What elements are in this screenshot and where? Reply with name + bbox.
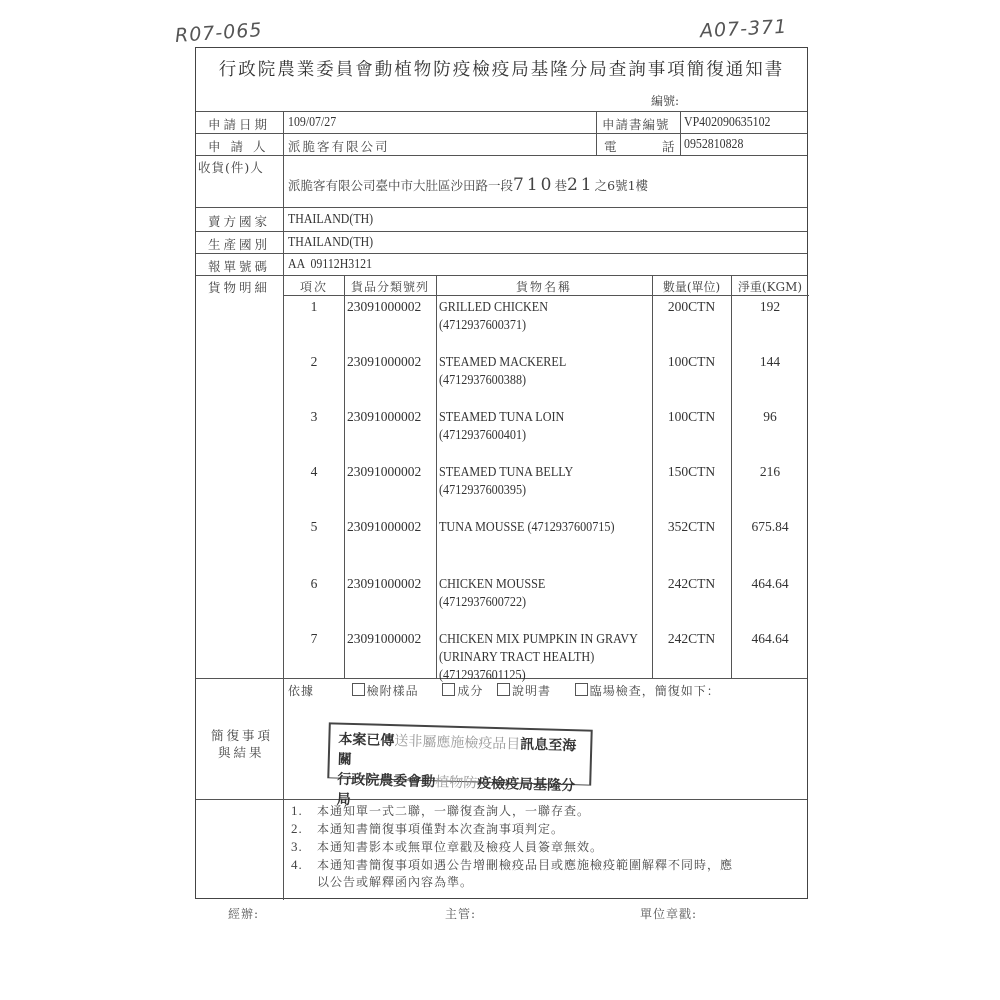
goods-name-line: TUNA MOUSSE (4712937600715) [439, 518, 615, 536]
checkbox-box[interactable] [442, 683, 455, 696]
consignee-value: 派脆客有限公司臺中市大肚區沙田路一段710巷21之6號1樓 [288, 175, 648, 195]
checkbox-ingredients[interactable]: 成分 [442, 684, 483, 698]
cell-quantity: 352CTN [652, 518, 731, 536]
goods-name-line: STEAMED MACKEREL [439, 353, 566, 371]
cell-item-no: 2 [284, 353, 344, 371]
cell-hs-code: 23091000002 [347, 298, 421, 316]
checkbox-box[interactable] [575, 683, 588, 696]
goods-name-line: (URINARY TRACT HEALTH) [439, 648, 638, 666]
cell-net-weight: 96 [731, 408, 809, 426]
phone-label-part2: 話 [662, 137, 678, 155]
goods-name-line: STEAMED TUNA LOIN [439, 408, 564, 426]
document-title: 行政院農業委員會動植物防疫檢疫局基隆分局查詢事項簡復通知書 [196, 56, 807, 81]
cell-hs-code: 23091000002 [347, 518, 421, 536]
applicant-value: 派脆客有限公司 [288, 137, 390, 155]
official-stamp: 本案已傳送非屬應施檢疫品目訊息至海關 行政院農委會動植物防疫檢疫局基隆分局 [327, 722, 592, 785]
notification-form: 行政院農業委員會動植物防疫檢疫局基隆分局查詢事項簡復通知書 編號: 申請日期 1… [195, 47, 808, 899]
application-no-value: VP402090635102 [684, 114, 770, 130]
phone-value: 0952810828 [684, 136, 743, 152]
cell-net-weight: 675.84 [731, 518, 809, 536]
applicant-label: 申 請 人 [208, 137, 268, 155]
seller-country-label: 賣方國家 [208, 212, 270, 230]
cell-goods-name: CHICKEN MIX PUMPKIN IN GRAVY(URINARY TRA… [439, 630, 638, 684]
phone-label-part1: 電 [604, 137, 620, 155]
cell-net-weight: 464.64 [731, 630, 809, 648]
header-item-no: 項次 [284, 278, 344, 295]
handwritten-reference-left: R07-065 [174, 19, 263, 47]
supervisor-signature-label: 主管: [445, 905, 476, 922]
unit-seal-label: 單位章戳: [640, 905, 697, 922]
declaration-no-label: 報單號碼 [208, 257, 270, 275]
handler-signature-label: 經辦: [228, 905, 259, 922]
header-net-weight: 淨重(KGM) [731, 278, 809, 295]
cell-goods-name: GRILLED CHICKEN(4712937600371) [439, 298, 548, 334]
checkbox-on-site-inspection[interactable]: 臨場檢查 [575, 684, 642, 698]
cell-goods-name: CHICKEN MOUSSE(4712937600722) [439, 575, 545, 611]
cell-hs-code: 23091000002 [347, 463, 421, 481]
note-item: 3.本通知書影本或無單位章戳及檢疫人員簽章無效。 [291, 838, 733, 856]
handwritten-reference-right: A07-371 [699, 16, 787, 43]
note-item: 2.本通知書簡復事項僅對本次查詢事項判定。 [291, 820, 733, 838]
cell-quantity: 150CTN [652, 463, 731, 481]
application-date-label: 申請日期 [208, 115, 270, 133]
note-item: 1.本通知單一式二聯，一聯復查詢人，一聯存查。 [291, 802, 733, 820]
cell-net-weight: 144 [731, 353, 809, 371]
cell-hs-code: 23091000002 [347, 575, 421, 593]
cell-quantity: 200CTN [652, 298, 731, 316]
declaration-no-value: AA 09112H3121 [288, 256, 372, 272]
notes-list: 1.本通知單一式二聯，一聯復查詢人，一聯存查。 2.本通知書簡復事項僅對本次查詢… [291, 802, 733, 891]
cell-item-no: 6 [284, 575, 344, 593]
checkbox-box[interactable] [497, 683, 510, 696]
goods-detail-label: 貨物明細 [208, 278, 270, 296]
checkbox-attached-sample[interactable]: 檢附樣品 [352, 684, 419, 698]
goods-name-line: CHICKEN MOUSSE [439, 575, 545, 593]
basis-label: 依據 [288, 684, 314, 698]
goods-name-line: (4712937600722) [439, 593, 545, 611]
goods-name-line: (4712937600395) [439, 481, 573, 499]
cell-goods-name: STEAMED TUNA BELLY(4712937600395) [439, 463, 573, 499]
cell-quantity: 100CTN [652, 353, 731, 371]
cell-goods-name: TUNA MOUSSE (4712937600715) [439, 518, 615, 536]
header-quantity: 數量(單位) [652, 278, 731, 295]
consignee-label: 收貨(件)人 [198, 158, 264, 176]
cell-net-weight: 464.64 [731, 575, 809, 593]
origin-country-value: THAILAND(TH) [288, 234, 373, 250]
cell-quantity: 242CTN [652, 575, 731, 593]
cell-item-no: 7 [284, 630, 344, 648]
note-item-continuation: 以公告或解釋函內容為準。 [291, 874, 733, 891]
results-label-line1: 簡復事項 [211, 726, 273, 744]
goods-name-line: (4712937600401) [439, 426, 564, 444]
cell-net-weight: 216 [731, 463, 809, 481]
cell-item-no: 1 [284, 298, 344, 316]
note-item: 4.本通知書簡復事項如遇公告增刪檢疫品目或應施檢疫範圍解釋不同時，應 [291, 856, 733, 874]
cell-quantity: 242CTN [652, 630, 731, 648]
application-no-label: 申請書編號 [602, 115, 670, 133]
seller-country-value: THAILAND(TH) [288, 211, 373, 227]
header-goods-name: 貨物名稱 [436, 278, 652, 295]
serial-number-label: 編號: [651, 92, 679, 109]
cell-item-no: 3 [284, 408, 344, 426]
basis-row: 依據 檢附樣品 成分 說明書 臨場檢查，簡復如下： [288, 682, 720, 699]
goods-name-line: (4712937600371) [439, 316, 548, 334]
cell-hs-code: 23091000002 [347, 630, 421, 648]
cell-hs-code: 23091000002 [347, 353, 421, 371]
goods-name-line: STEAMED TUNA BELLY [439, 463, 573, 481]
checkbox-box[interactable] [352, 683, 365, 696]
cell-item-no: 5 [284, 518, 344, 536]
results-label-line2: 與結果 [218, 743, 265, 761]
goods-name-line: CHICKEN MIX PUMPKIN IN GRAVY [439, 630, 638, 648]
application-date-value: 109/07/27 [288, 114, 336, 130]
checkbox-manual[interactable]: 說明書 [497, 684, 551, 698]
cell-goods-name: STEAMED MACKEREL(4712937600388) [439, 353, 566, 389]
goods-name-line: GRILLED CHICKEN [439, 298, 548, 316]
cell-hs-code: 23091000002 [347, 408, 421, 426]
goods-name-line: (4712937600388) [439, 371, 566, 389]
cell-quantity: 100CTN [652, 408, 731, 426]
header-hs-code: 貨品分類號列 [344, 278, 436, 295]
cell-net-weight: 192 [731, 298, 809, 316]
cell-item-no: 4 [284, 463, 344, 481]
origin-country-label: 生產國別 [208, 235, 270, 253]
cell-goods-name: STEAMED TUNA LOIN(4712937600401) [439, 408, 564, 444]
